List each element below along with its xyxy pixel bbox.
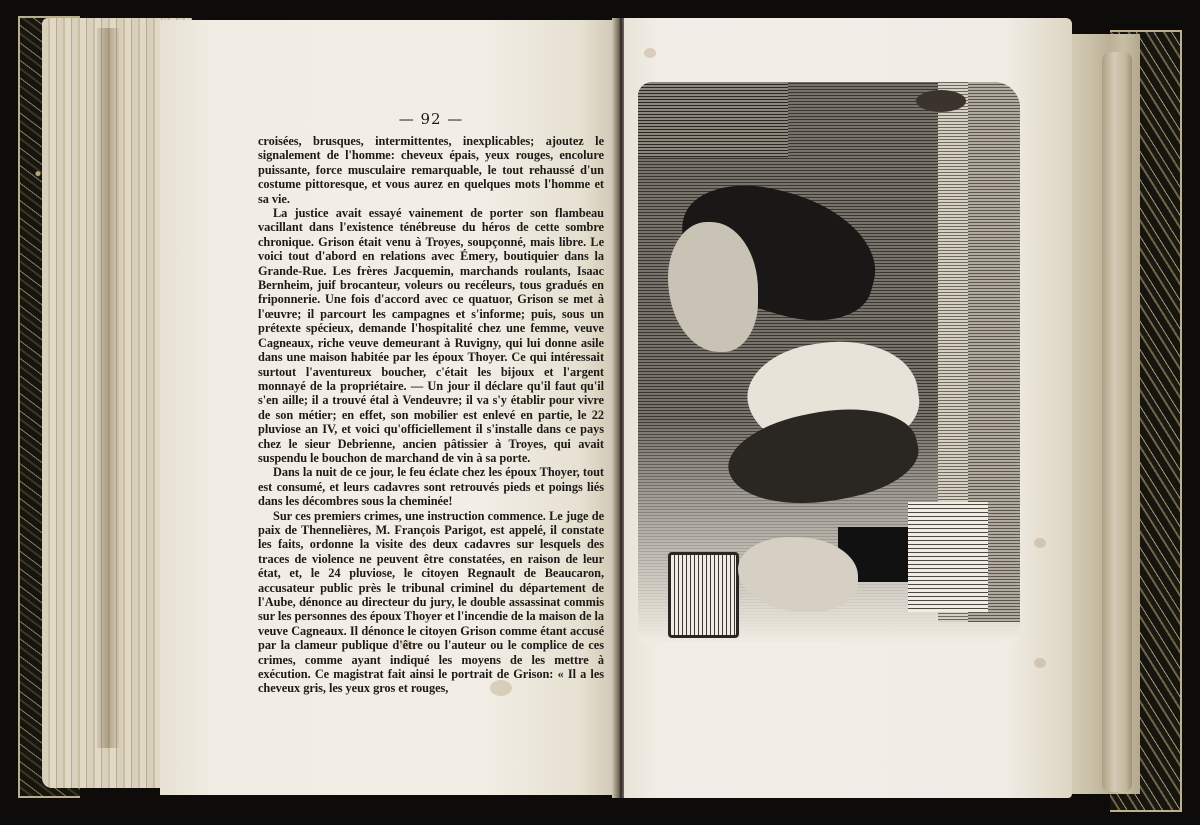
engraving-illustration [638, 82, 1020, 642]
shelf [638, 82, 788, 157]
page-number: — 92 — [258, 110, 604, 128]
chair [668, 552, 739, 638]
stain [1034, 538, 1046, 548]
stain [644, 48, 656, 58]
paragraph: croisées, brusques, intermittentes, inex… [258, 134, 604, 206]
stairs [908, 502, 988, 612]
paper-roll [1102, 52, 1132, 792]
figure-light [668, 222, 758, 352]
figure-crouching [738, 537, 858, 612]
paragraph: La justice avait essayé vainement de por… [258, 206, 604, 465]
paragraph: Dans la nuit de ce jour, le feu éclate c… [258, 465, 604, 508]
paragraph: Sur ces premiers crimes, une instruction… [258, 509, 604, 696]
left-page-text: — 92 — croisées, brusques, intermittente… [258, 110, 604, 696]
stain [1034, 658, 1046, 668]
hanging-lamp [916, 90, 966, 112]
